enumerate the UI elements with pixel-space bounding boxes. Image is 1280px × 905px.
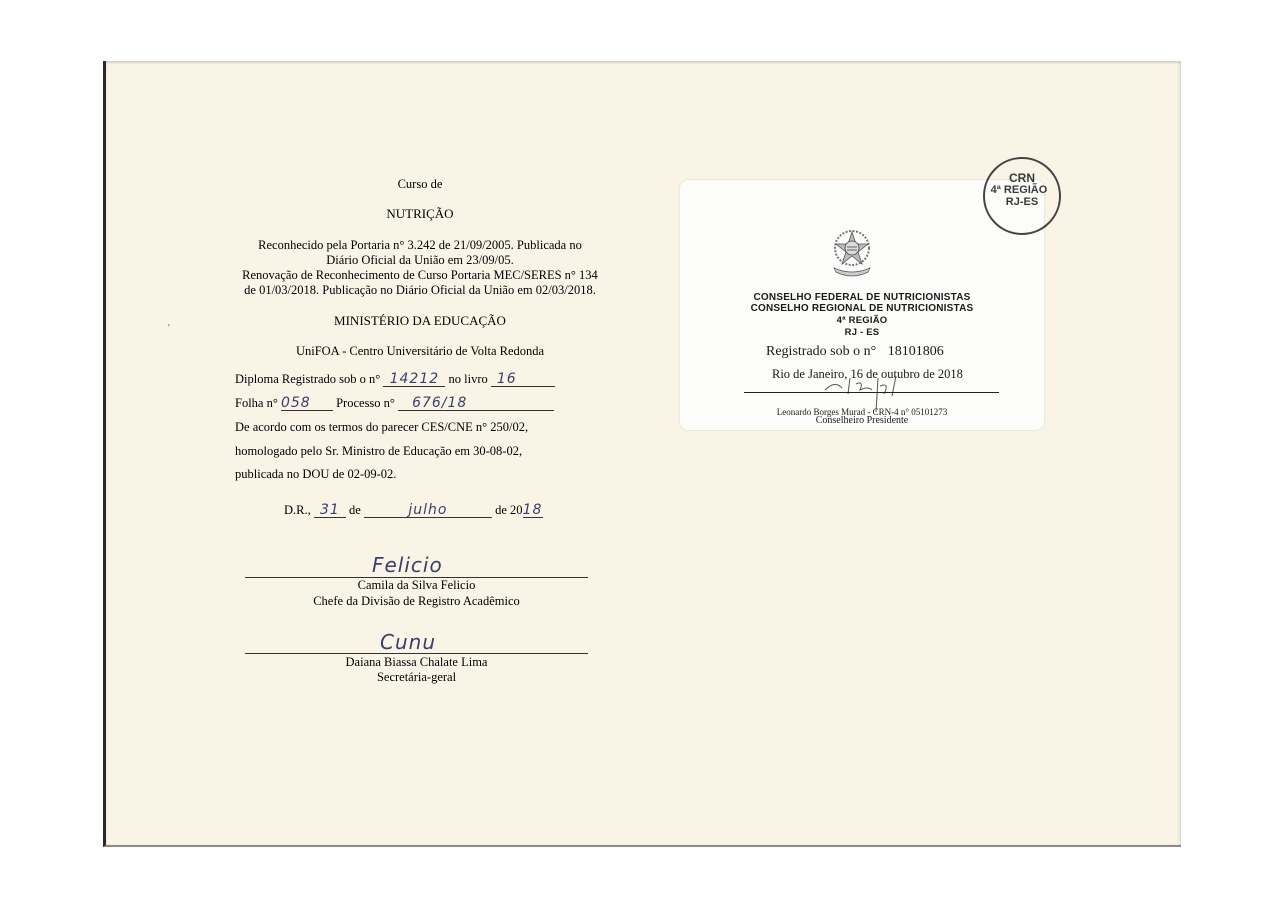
legal-line-2: homologado pelo Sr. Ministro de Educação…: [235, 444, 522, 459]
sheet-label: Folha n°: [235, 396, 278, 410]
diploma-registration-line: Diploma Registrado sob o n° 14212 no liv…: [235, 372, 555, 387]
signature-1: Felicio: [372, 553, 443, 577]
ministry-heading: MINISTÉRIO DA EDUCAÇÃO: [220, 313, 620, 329]
scan-mark: ': [168, 323, 170, 334]
date-line: D.R., 31 de julho de 2018: [284, 503, 543, 518]
date-day: 31: [314, 503, 346, 518]
crn-line-3: 4ª REGIÃO: [680, 315, 1044, 326]
registered-line: Registrado sob o n° 18101806: [766, 344, 944, 360]
date-de: de: [349, 503, 361, 517]
signer-1-title: Chefe da Divisão de Registro Acadêmico: [245, 594, 588, 609]
signer-1-name: Camila da Silva Felicio: [245, 578, 588, 593]
recognition-line-3: Renovação de Reconhecimento de Curso Por…: [220, 268, 620, 283]
date-year-suffix: 18: [523, 503, 543, 518]
signer-2-name: Daiana Biassa Chalate Lima: [245, 655, 588, 670]
diploma-label: Diploma Registrado sob o n°: [235, 372, 380, 386]
signature-line-2: [245, 653, 588, 654]
recognition-line-4: de 01/03/2018. Publicação no Diário Ofic…: [220, 283, 620, 298]
diploma-number: 14212: [383, 372, 445, 387]
signature-2: Cunu: [380, 630, 436, 654]
registered-number: 18101806: [888, 344, 944, 359]
crn-line-2: CONSELHO REGIONAL DE NUTRICIONISTAS: [680, 303, 1044, 314]
brazil-coat-of-arms-icon: [828, 226, 876, 278]
crn-line-4: RJ - ES: [680, 327, 1044, 338]
recognition-line-2: Diário Oficial da União em 23/09/05.: [220, 253, 620, 268]
stamp-line-3: RJ-ES: [985, 196, 1059, 208]
book-number: 16: [491, 372, 555, 387]
stamp-line-2: 4ª REGIÃO: [979, 184, 1059, 196]
sheet-process-line: Folha n° 058 Processo n° 676/18: [235, 396, 554, 411]
course-name: NUTRIÇÃO: [220, 206, 620, 222]
registered-label: Registrado sob o n°: [766, 344, 876, 359]
crn-stamp: CRN 4ª REGIÃO RJ-ES: [983, 157, 1061, 235]
date-prefix: D.R.,: [284, 503, 311, 517]
date-month: julho: [364, 503, 492, 518]
signer-2-title: Secretária-geral: [245, 670, 588, 685]
crn-line-1: CONSELHO FEDERAL DE NUTRICIONISTAS: [680, 292, 1044, 303]
institution-name: UniFOA - Centro Universitário de Volta R…: [220, 344, 620, 359]
legal-line-3: publicada no DOU de 02-09-02.: [235, 467, 396, 482]
sheet-number: 058: [281, 396, 333, 411]
signer-title: Conselheiro Presidente: [680, 415, 1044, 426]
date-year-prefix: de 20: [495, 503, 522, 517]
process-label: Processo n°: [336, 396, 395, 410]
course-prefix: Curso de: [220, 177, 620, 192]
recognition-line-1: Reconhecido pela Portaria n° 3.242 de 21…: [220, 238, 620, 253]
stamp-line-1: CRN: [985, 172, 1059, 184]
process-number: 676/18: [398, 396, 554, 411]
label-signature-line: [744, 392, 999, 393]
legal-line-1: De acordo com os termos do parecer CES/C…: [235, 420, 528, 435]
book-label: no livro: [449, 372, 488, 386]
